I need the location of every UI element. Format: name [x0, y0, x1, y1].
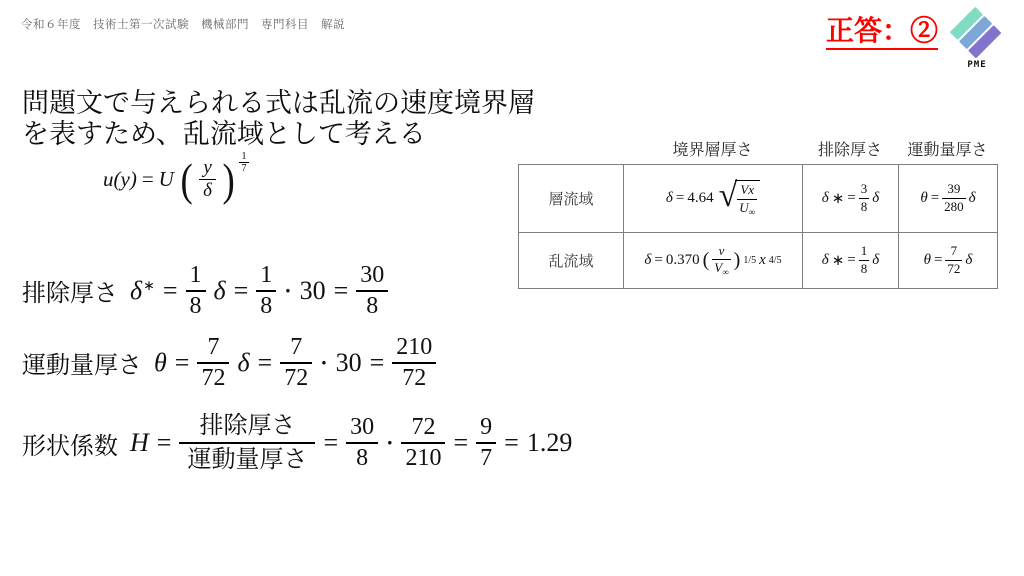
vf-fraction: y δ	[199, 158, 216, 202]
displacement-frac1-den: 8	[186, 292, 206, 320]
pme-logo-stripes-icon	[948, 6, 1006, 62]
table-row-turbulent: 乱流域 δ = 0.370( ν V∞ )1/5x4/5 δ∗ =	[519, 233, 998, 289]
laminar-theta-equals: =	[931, 190, 939, 207]
shape-jp-fraction-num: 排除厚さ	[179, 412, 315, 444]
momentum-equals-2: =	[258, 348, 273, 378]
displacement-equals-2: =	[234, 276, 249, 306]
laminar-theta-tail: δ	[969, 190, 976, 207]
shape-equals-2: =	[323, 428, 338, 458]
vf-coef: U	[159, 167, 174, 192]
turbulent-dstar-tail: δ	[872, 252, 879, 269]
displacement-result-den: 8	[356, 292, 388, 320]
displacement-frac1-num: 1	[186, 262, 206, 292]
laminar-sqrt: √ Vx U∞	[719, 180, 760, 217]
shape-frac4-den: 7	[476, 444, 496, 472]
shape-frac2-den: 8	[346, 444, 378, 472]
shape-multiply-dot: ·	[386, 430, 393, 456]
pme-logo-caption: PME	[948, 60, 1006, 70]
turbulent-theta-lhs: θ	[924, 252, 931, 269]
turbulent-dstar-star: ∗	[832, 251, 845, 270]
laminar-theta-num: 39	[942, 182, 966, 199]
laminar-dstar-lhs: δ	[822, 190, 829, 207]
shape-factor-lhs: H	[130, 428, 149, 458]
shape-frac4-num: 9	[476, 414, 496, 444]
laminar-dstar-num: 3	[859, 182, 870, 199]
turbulent-open-paren: (	[703, 249, 710, 272]
shape-factor-equation: 形状係数 H = 排除厚さ 運動量厚さ = 30 8 · 72 210 = 9 …	[22, 412, 572, 475]
momentum-multiply-dot: ·	[320, 350, 327, 376]
turbulent-x-var: x	[759, 252, 766, 269]
displacement-frac2-num: 1	[256, 262, 276, 292]
displacement-multiply-dot: ·	[284, 278, 291, 304]
laminar-sqrt-den-base: U	[739, 200, 748, 215]
velocity-profile-formula: u(y) = U ( y δ ) 1 7	[103, 158, 249, 202]
laminar-delta-coef: 4.64	[687, 190, 713, 207]
shape-factor-result: 1.29	[527, 428, 573, 458]
turbulent-dstar-lhs: δ	[822, 252, 829, 269]
displacement-lhs: δ	[130, 276, 142, 305]
displacement-frac2-den: 8	[256, 292, 276, 320]
turbulent-dstar-num: 1	[859, 244, 870, 261]
laminar-dstar-den: 8	[859, 199, 870, 215]
turbulent-dstar-equals: =	[847, 252, 855, 269]
laminar-delta-formula: δ = 4.64 √ Vx U∞	[666, 180, 760, 217]
vf-exponent-num: 1	[239, 151, 248, 164]
turbulent-pfrac-num: ν	[712, 244, 730, 261]
slide: 令和６年度 技術士第一次試験 機械部門 専門科目 解説 正答：② PME 問題文…	[0, 0, 1024, 576]
momentum-equals-3: =	[370, 348, 385, 378]
turbulent-theta-tail: δ	[965, 252, 972, 269]
laminar-delta-equals: =	[676, 190, 684, 207]
turbulent-row-label: 乱流域	[519, 233, 624, 289]
turbulent-delta-coef: 0.370	[666, 252, 700, 269]
vf-open-paren: (	[180, 159, 192, 200]
displacement-equals-3: =	[334, 276, 349, 306]
shape-equals-3: =	[453, 428, 468, 458]
laminar-theta-formula: θ = 39 280 δ	[920, 182, 975, 214]
intro-paragraph: 問題文で与えられる式は乱流の速度境界層 を表すため、乱流域として考える	[22, 88, 535, 150]
vf-equals: =	[142, 167, 154, 192]
momentum-delta-mid: δ	[237, 348, 249, 378]
turbulent-delta-lhs: δ	[644, 252, 651, 269]
momentum-lhs: θ	[154, 348, 167, 378]
turbulent-theta-num: 7	[945, 244, 962, 261]
table-row-laminar: 層流域 δ = 4.64 √ Vx U∞	[519, 165, 998, 233]
vf-fraction-den: δ	[199, 180, 216, 202]
shape-frac2-num: 30	[346, 414, 378, 444]
displacement-result-num: 30	[356, 262, 388, 292]
laminar-row-label: 層流域	[519, 165, 624, 233]
vf-exponent-den: 7	[239, 163, 248, 175]
turbulent-delta-equals: =	[654, 252, 662, 269]
laminar-dstar-equals: =	[847, 190, 855, 207]
shape-equals-4: =	[504, 428, 519, 458]
intro-line-2: を表すため、乱流域として考える	[22, 119, 535, 150]
laminar-sqrt-num: Vx	[737, 183, 757, 200]
table-header-boundary-thickness: 境界層厚さ	[623, 137, 802, 160]
pme-logo: PME	[948, 6, 1006, 70]
displacement-thickness-equation: 排除厚さ δ∗ = 1 8 δ = 1 8 · 30 = 30 8	[22, 262, 388, 320]
laminar-delta-lhs: δ	[666, 190, 673, 207]
vf-exponent-fraction: 1 7	[239, 151, 248, 175]
vf-fraction-num: y	[199, 158, 216, 180]
turbulent-close-paren: )	[734, 249, 741, 272]
displacement-label: 排除厚さ	[22, 273, 118, 308]
laminar-sqrt-fraction: Vx U∞	[737, 183, 757, 217]
laminar-dstar-formula: δ∗ = 3 8 δ	[822, 182, 880, 214]
shape-factor-label: 形状係数	[22, 426, 118, 461]
momentum-equals-1: =	[175, 348, 190, 378]
laminar-sqrt-den-sub: ∞	[749, 207, 755, 217]
vf-close-paren: )	[223, 159, 235, 200]
correct-answer-badge: 正答：②	[826, 15, 938, 50]
laminar-theta-lhs: θ	[920, 190, 927, 207]
momentum-frac1-num: 7	[197, 334, 229, 364]
displacement-equals-1: =	[163, 276, 178, 306]
table-header-momentum-thickness: 運動量厚さ	[898, 137, 997, 160]
displacement-multiplier: 30	[300, 276, 326, 306]
momentum-result-den: 72	[392, 364, 436, 392]
turbulent-pfrac-den-sub: ∞	[722, 267, 728, 277]
vf-lhs: u(y)	[103, 167, 137, 192]
turbulent-dstar-formula: δ∗ = 1 8 δ	[822, 244, 880, 276]
momentum-label: 運動量厚さ	[22, 345, 142, 380]
shape-jp-fraction: 排除厚さ 運動量厚さ	[179, 412, 315, 475]
displacement-lhs-star: ∗	[143, 279, 155, 294]
turbulent-theta-formula: θ = 7 72 δ	[924, 244, 973, 276]
turbulent-exponent-2: 4/5	[769, 255, 782, 266]
turbulent-delta-formula: δ = 0.370( ν V∞ )1/5x4/5	[644, 244, 781, 278]
laminar-dstar-star: ∗	[832, 189, 845, 208]
shape-frac3-den: 210	[401, 444, 445, 472]
turbulent-dstar-den: 8	[859, 261, 870, 277]
slide-header-title: 令和６年度 技術士第一次試験 機械部門 専門科目 解説	[21, 16, 345, 32]
table-header-displacement-thickness: 排除厚さ	[802, 137, 898, 160]
shape-frac3-num: 72	[401, 414, 445, 444]
turbulent-theta-den: 72	[945, 261, 962, 277]
turbulent-exponent-1: 1/5	[743, 255, 756, 266]
momentum-frac1-den: 72	[197, 364, 229, 392]
table-column-headers: 境界層厚さ 排除厚さ 運動量厚さ	[623, 137, 997, 160]
shape-equals-1: =	[157, 428, 172, 458]
momentum-thickness-equation: 運動量厚さ θ = 7 72 δ = 7 72 · 30 = 210 72	[22, 334, 436, 392]
intro-line-1: 問題文で与えられる式は乱流の速度境界層	[22, 88, 535, 119]
laminar-dstar-tail: δ	[872, 190, 879, 207]
displacement-delta-mid: δ	[214, 276, 226, 306]
momentum-frac2-den: 72	[280, 364, 312, 392]
laminar-theta-den: 280	[942, 199, 966, 215]
boundary-layer-table: 層流域 δ = 4.64 √ Vx U∞	[518, 164, 998, 289]
momentum-result-num: 210	[392, 334, 436, 364]
turbulent-theta-equals: =	[934, 252, 942, 269]
shape-jp-fraction-den: 運動量厚さ	[179, 444, 315, 474]
momentum-frac2-num: 7	[280, 334, 312, 364]
momentum-multiplier: 30	[336, 348, 362, 378]
